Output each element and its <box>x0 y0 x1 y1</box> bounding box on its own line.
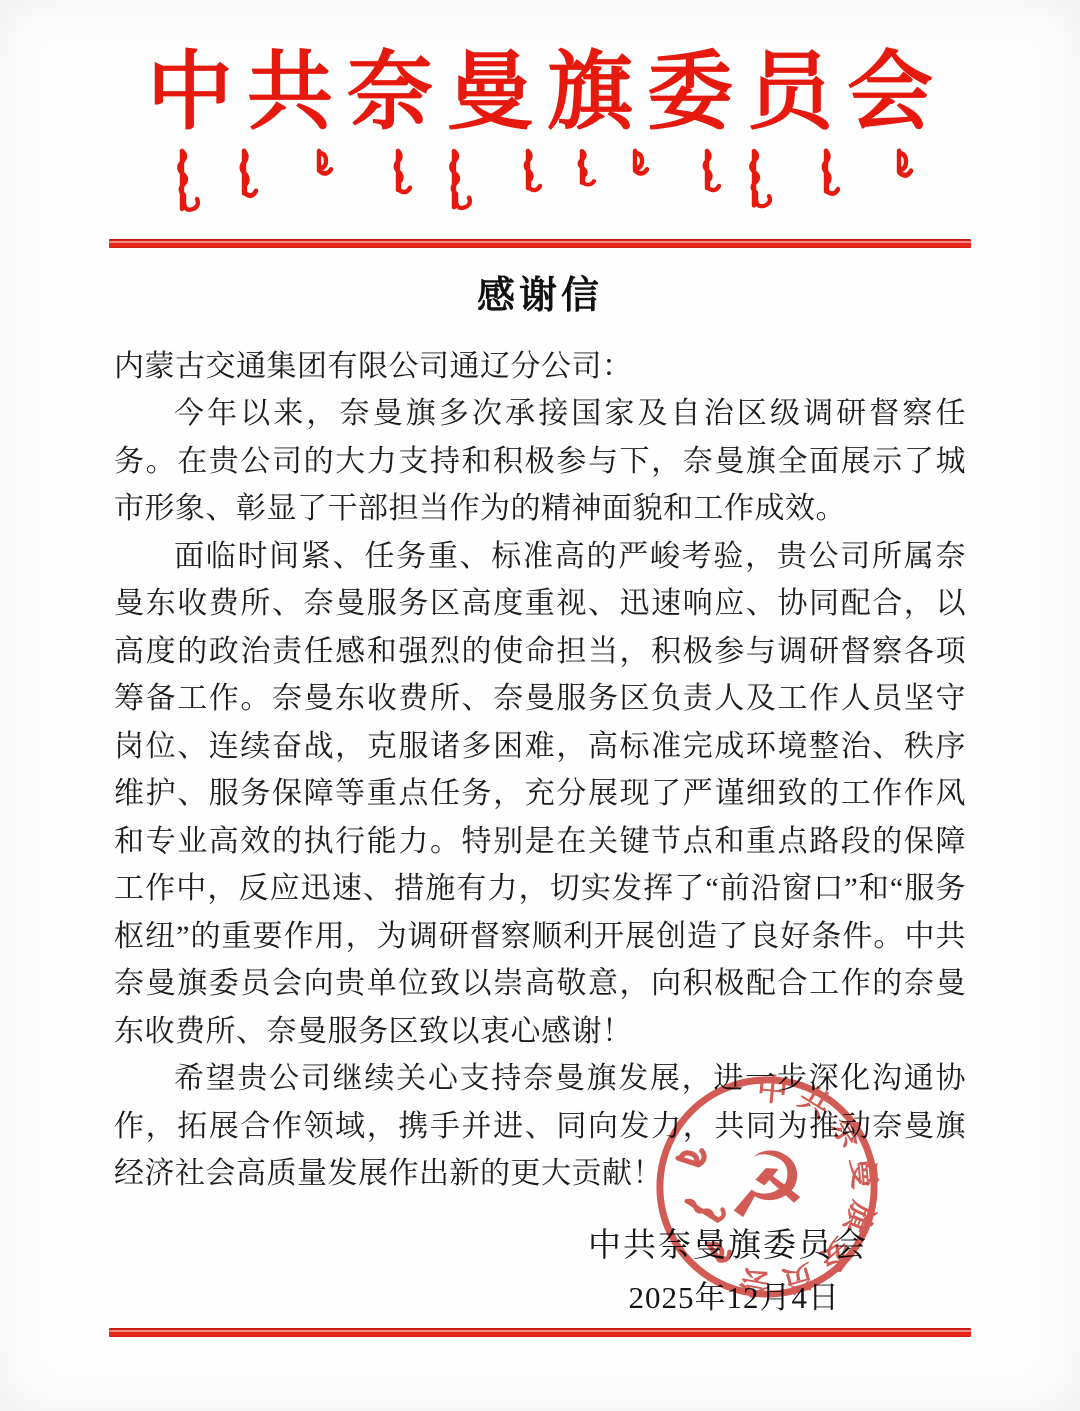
hammer-sickle-icon: ☭ <box>726 1132 808 1239</box>
letter-title: 感谢信 <box>0 264 1080 319</box>
official-seal: 中共奈曼旗委员会 ☭ <box>648 1068 886 1306</box>
letterhead: 中共奈曼旗委员会 <box>0 46 1080 248</box>
salutation: 内蒙古交通集团有限公司通辽分公司： <box>114 343 966 391</box>
paragraph-1: 今年以来，奈曼旗多次承接国家及自治区级调研督察任务。在贵公司的大力支持和积极参与… <box>114 390 966 533</box>
seal-mongolian-arc <box>678 1145 732 1263</box>
footer-rule <box>109 1328 971 1337</box>
letterhead-org-name: 中共奈曼旗委员会 <box>0 46 1080 139</box>
letter-page: 中共奈曼旗委员会 感谢信 内蒙古交通集团有限公司通辽分公司： 今年以来， <box>0 0 1080 1411</box>
mongolian-script-row <box>0 145 1080 221</box>
paragraph-2: 面临时间紧、任务重、标准高的严峻考验，贵公司所属奈曼东收费所、奈曼服务区高度重视… <box>114 533 966 1056</box>
letterhead-rule <box>109 239 971 248</box>
